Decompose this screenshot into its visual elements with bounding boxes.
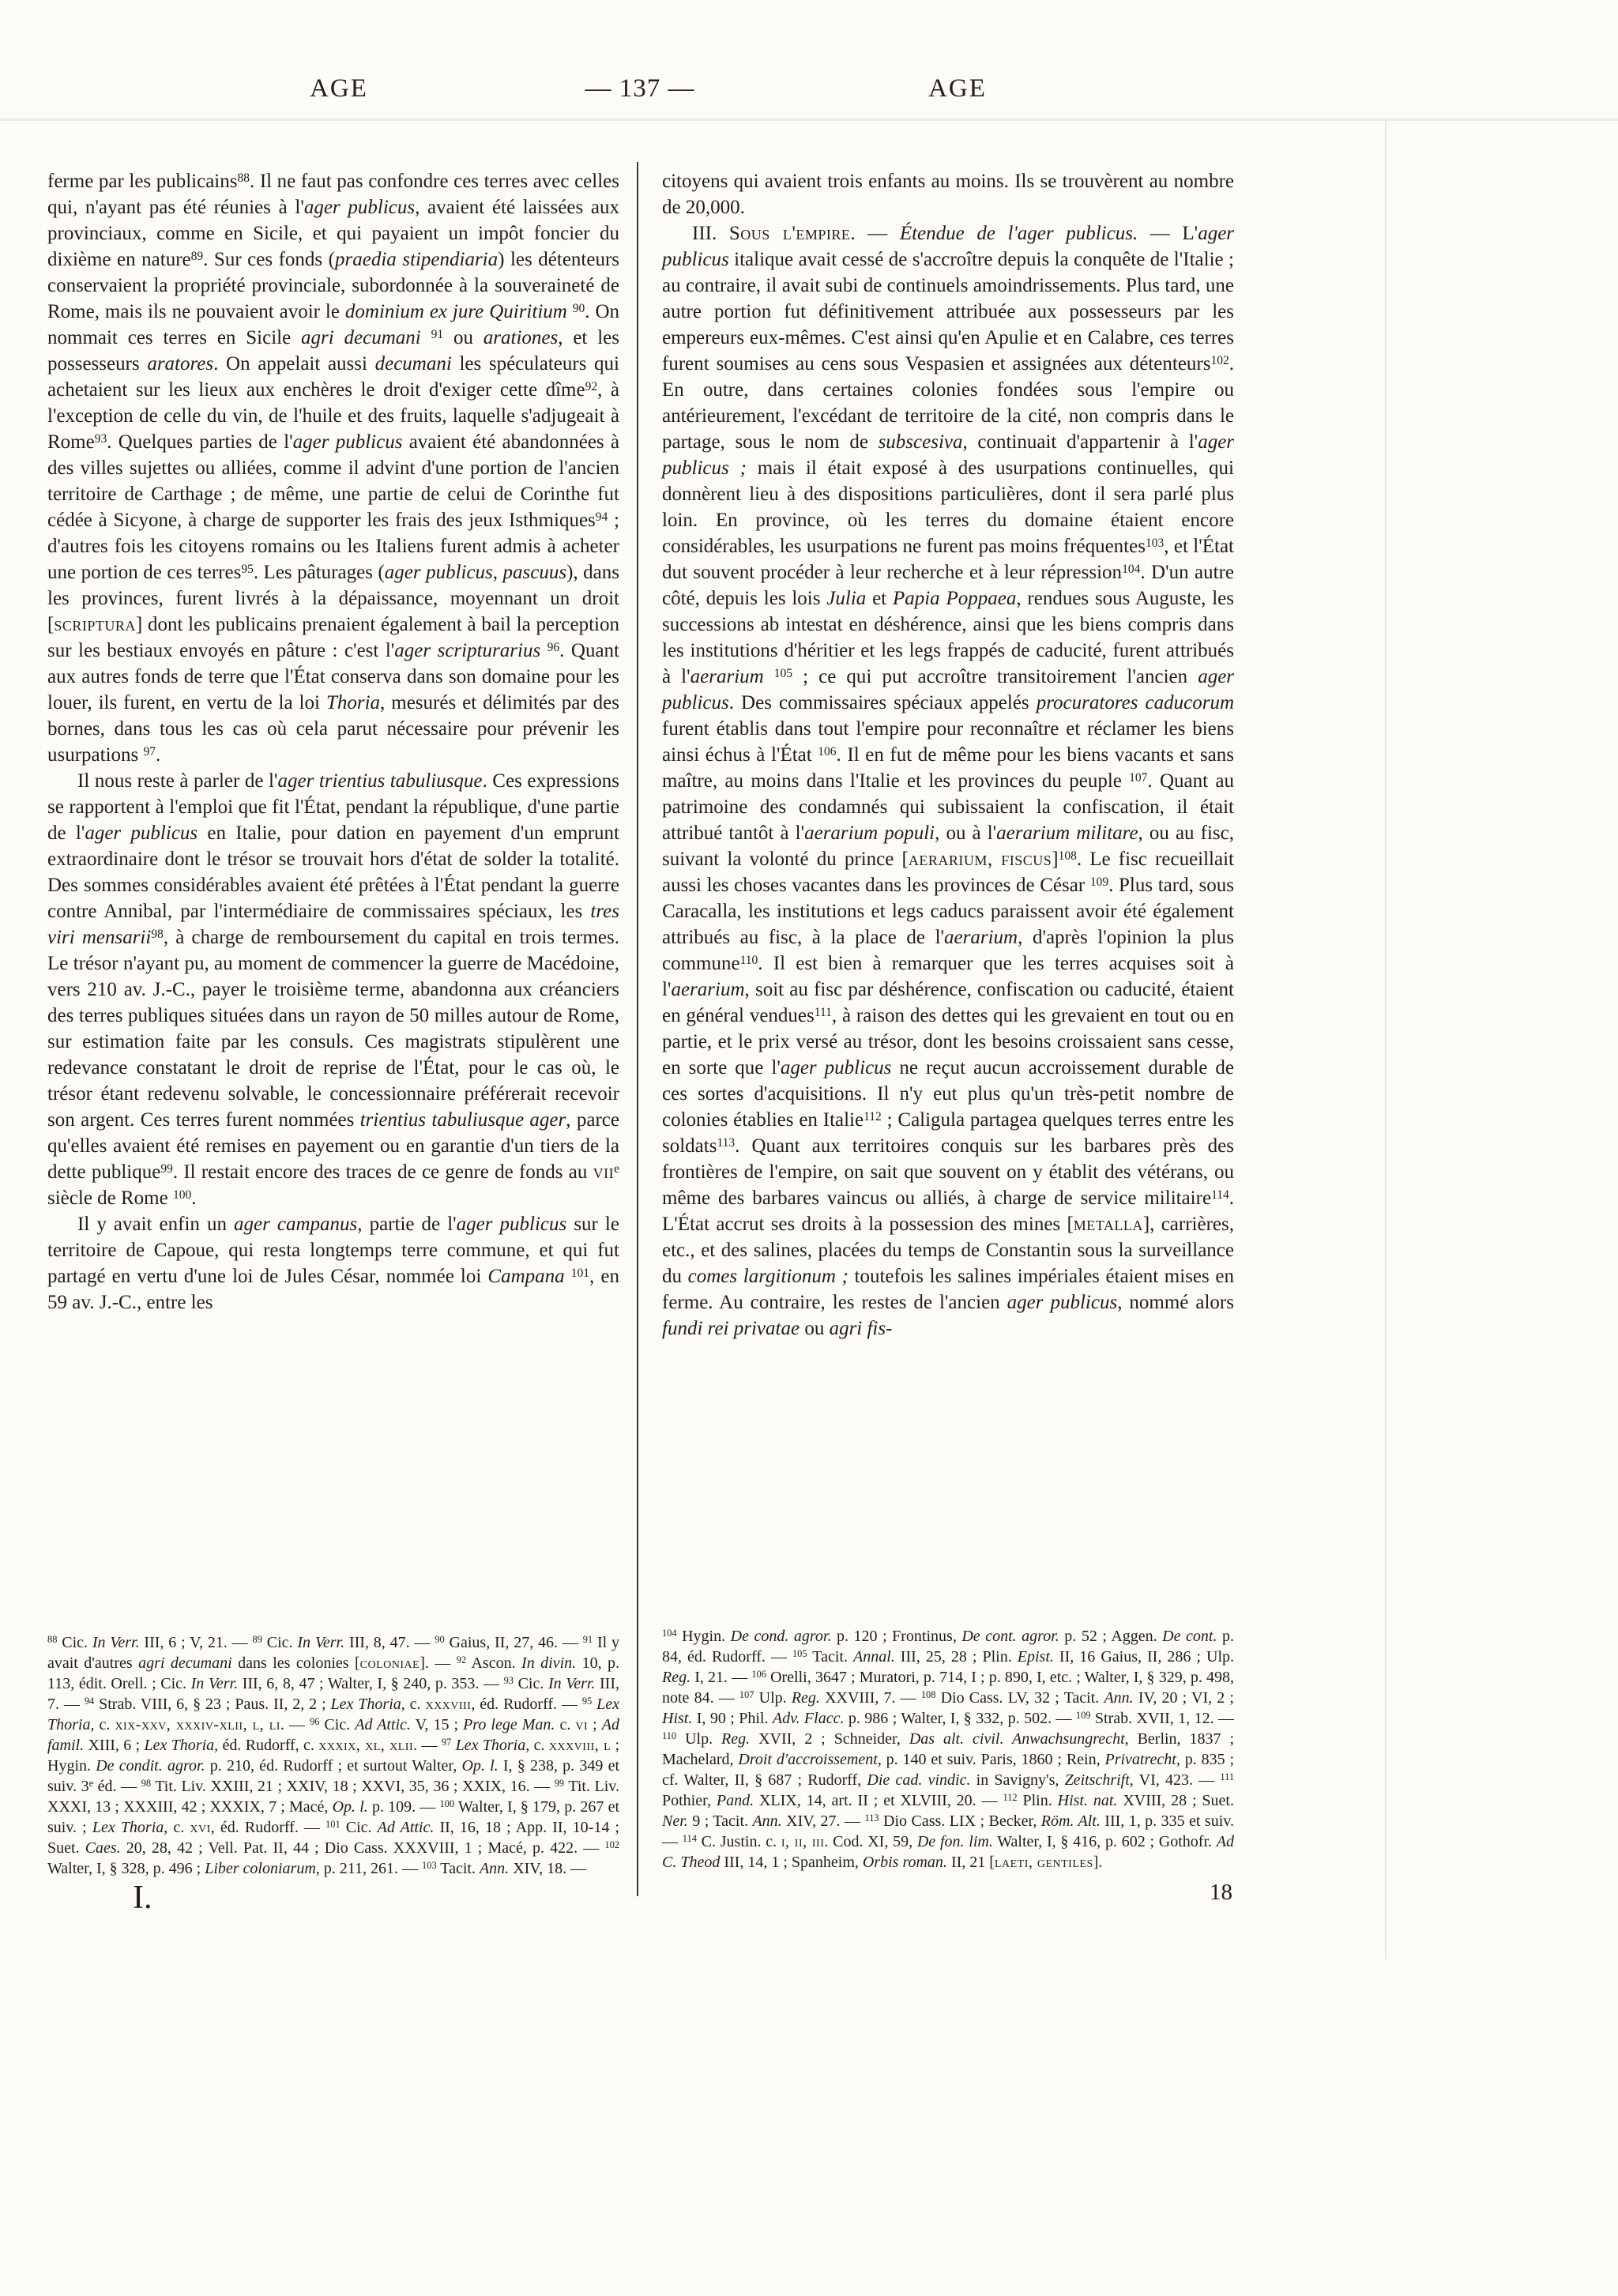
italic-term: Lex Thoria bbox=[331, 1696, 401, 1713]
footnote-reference: 90 bbox=[573, 302, 585, 315]
italic-term: Adv. Flacc. bbox=[773, 1710, 845, 1727]
footnote-reference: 98 bbox=[141, 1778, 151, 1789]
italic-term: De cont. bbox=[1162, 1628, 1217, 1645]
italic-term: Die cad. vindic. bbox=[867, 1771, 970, 1789]
small-caps-term: aerarium, fiscus bbox=[909, 849, 1052, 870]
italic-term: De cond. agror. bbox=[731, 1628, 832, 1645]
italic-term: In divin. bbox=[521, 1654, 576, 1672]
footnote-reference: 91 bbox=[583, 1634, 593, 1645]
italic-term: Caes. bbox=[85, 1839, 121, 1857]
italic-term: Thoria bbox=[326, 692, 380, 713]
footnote-block-right: 104 Hygin. De cond. agror. p. 120 ; Fron… bbox=[662, 1626, 1234, 1873]
footnote-reference: 108 bbox=[1059, 849, 1077, 863]
footnote-reference: 95 bbox=[241, 563, 254, 576]
italic-term: ager publicus bbox=[457, 1214, 567, 1235]
paragraph: ferme par les publicains88. Il ne faut p… bbox=[47, 168, 619, 768]
small-caps-term: xvi bbox=[190, 1819, 210, 1836]
footnote-reference: 103 bbox=[422, 1860, 437, 1871]
italic-term: arationes bbox=[484, 327, 558, 348]
italic-term: Privatrecht bbox=[1104, 1751, 1176, 1768]
italic-term: aratores bbox=[147, 353, 213, 375]
footnote-reference: 112 bbox=[864, 1110, 882, 1124]
italic-term: agri fis- bbox=[830, 1318, 893, 1339]
italic-term: Ann. bbox=[1104, 1689, 1133, 1707]
italic-term: Pand. bbox=[717, 1792, 754, 1809]
footnote-reference: e bbox=[614, 1162, 619, 1176]
scanned-dictionary-page: AGE — 137 — AGE ferme par les publicains… bbox=[0, 0, 1618, 2296]
italic-term: Op. l. bbox=[461, 1757, 498, 1775]
italic-term: ager publicus bbox=[293, 431, 403, 453]
italic-term: Hist. nat. bbox=[1058, 1792, 1118, 1809]
footnote-reference: 92 bbox=[585, 380, 598, 393]
italic-term: Ad Attic. bbox=[378, 1819, 435, 1836]
page-number: — 137 — bbox=[585, 74, 695, 104]
italic-term: aerarium bbox=[690, 666, 764, 687]
italic-term: agri decumani bbox=[138, 1654, 232, 1672]
footnote-reference: 111 bbox=[815, 1006, 832, 1019]
column-divider-rule bbox=[637, 162, 638, 1896]
italic-term: Liber coloniarum bbox=[205, 1860, 316, 1877]
small-caps-term: metalla bbox=[1074, 1214, 1143, 1235]
italic-term: Zeitschrift bbox=[1065, 1771, 1130, 1789]
footnote-reference: 104 bbox=[662, 1628, 677, 1639]
footnote-reference: 108 bbox=[921, 1689, 936, 1700]
footnote-reference: 96 bbox=[310, 1716, 319, 1727]
italic-term: Campana bbox=[487, 1266, 564, 1287]
italic-term: Étendue de l'ager publicus. bbox=[900, 223, 1138, 244]
footnote-reference: 92 bbox=[457, 1654, 466, 1666]
italic-term: Lex Thoria bbox=[92, 1819, 164, 1836]
italic-term: ager publicus bbox=[85, 822, 198, 844]
italic-term: subscesiva bbox=[879, 431, 963, 453]
footnote-reference: 113 bbox=[864, 1812, 879, 1824]
italic-term: Das alt. civil. Anwachsungrecht bbox=[909, 1730, 1125, 1748]
italic-term: ager campanus bbox=[234, 1214, 357, 1235]
footnote-reference: 112 bbox=[1003, 1792, 1017, 1803]
italic-term: tres viri mensarii bbox=[47, 901, 619, 948]
page-edge-shadow bbox=[1385, 119, 1387, 1959]
italic-term: De fon. lim. bbox=[917, 1833, 993, 1850]
footnote-reference: e bbox=[89, 1778, 94, 1789]
footnote-reference: 102 bbox=[1211, 354, 1229, 367]
italic-term: Lex Thoria bbox=[456, 1737, 526, 1754]
small-caps-term: laeti, gentiles bbox=[995, 1854, 1093, 1871]
footnote-reference: 114 bbox=[1211, 1188, 1229, 1202]
italic-term: praedia stipendiaria bbox=[335, 249, 498, 270]
footnotes-right: 104 Hygin. De cond. agror. p. 120 ; Fron… bbox=[662, 1626, 1234, 1903]
small-caps-term: i, ii, iii bbox=[781, 1833, 825, 1850]
running-head-left: AGE bbox=[310, 74, 368, 104]
italic-term: Hist. bbox=[662, 1710, 692, 1727]
footnote-reference: 97 bbox=[442, 1737, 451, 1748]
footnote-reference: 99 bbox=[160, 1162, 173, 1176]
footnote-reference: 95 bbox=[582, 1696, 592, 1707]
paragraph: citoyens qui avaient trois enfants au mo… bbox=[662, 168, 1234, 220]
small-caps-term: vii bbox=[593, 1161, 615, 1183]
footnote-reference: 107 bbox=[739, 1689, 754, 1700]
footnote-reference: 111 bbox=[1220, 1771, 1234, 1782]
italic-term: ager publicus bbox=[304, 197, 415, 218]
italic-term: agri decumani bbox=[301, 327, 421, 348]
italic-term: Droit d'accroissement bbox=[738, 1751, 877, 1768]
scan-artifact-line bbox=[0, 119, 1618, 121]
footnote-reference: 88 bbox=[237, 171, 250, 185]
footnote-reference: 94 bbox=[596, 510, 608, 524]
italic-term: ager publicus, pascuus bbox=[385, 562, 566, 583]
footnotes-left: 88 Cic. In Verr. III, 6 ; V, 21. — 89 Ci… bbox=[47, 1632, 619, 1915]
footnote-reference: 110 bbox=[740, 954, 758, 967]
volume-signature: I. bbox=[133, 1880, 619, 1915]
italic-term: In Verr. bbox=[297, 1634, 344, 1651]
text-column-left: ferme par les publicains88. Il ne faut p… bbox=[47, 168, 619, 1315]
italic-term: Orbis roman. bbox=[863, 1854, 947, 1871]
small-caps-term: xxxviii bbox=[425, 1696, 471, 1713]
footnote-reference: 100 bbox=[173, 1188, 191, 1202]
italic-term: ager scripturarius bbox=[394, 640, 540, 661]
footnote-reference: 107 bbox=[1129, 771, 1147, 785]
paragraph: III. Sous l'empire. — Étendue de l'ager … bbox=[662, 220, 1234, 1342]
italic-term: decumani bbox=[375, 353, 452, 375]
italic-term: aerarium bbox=[944, 927, 1018, 948]
footnote-reference: 114 bbox=[683, 1833, 697, 1844]
italic-term: Reg. bbox=[721, 1730, 750, 1748]
italic-term: In Verr. bbox=[92, 1634, 140, 1651]
footnote-reference: 103 bbox=[1146, 536, 1164, 550]
italic-term: ager trientius tabuliusque bbox=[278, 770, 483, 792]
small-caps-term: coloniae bbox=[360, 1654, 420, 1672]
italic-term: dominium ex jure Quiritium bbox=[345, 301, 567, 322]
footnote-reference: 89 bbox=[253, 1634, 262, 1645]
small-caps-term: xxxix, xl, xlii bbox=[318, 1737, 413, 1754]
footnote-block-left: 88 Cic. In Verr. III, 6 ; V, 21. — 89 Ci… bbox=[47, 1632, 619, 1879]
running-head-right: AGE bbox=[928, 74, 987, 104]
footnote-reference: 110 bbox=[662, 1730, 676, 1741]
italic-term: Ann. bbox=[752, 1812, 781, 1830]
text-column-right: citoyens qui avaient trois enfants au mo… bbox=[662, 168, 1234, 1342]
italic-term: In Verr. bbox=[191, 1675, 238, 1692]
italic-term: Papia Poppaea bbox=[893, 588, 1016, 609]
footnote-reference: 89 bbox=[191, 250, 204, 263]
small-caps-term: vi bbox=[575, 1716, 588, 1733]
footnote-reference: 106 bbox=[751, 1669, 766, 1680]
footnote-reference: 109 bbox=[1076, 1710, 1091, 1721]
footnote-reference: 88 bbox=[47, 1634, 57, 1645]
italic-term: aerarium bbox=[671, 979, 744, 1000]
italic-term: In Verr. bbox=[548, 1675, 595, 1692]
footnote-reference: 100 bbox=[439, 1798, 454, 1809]
italic-term: Ad Attic. bbox=[355, 1716, 411, 1733]
footnote-reference: 109 bbox=[1090, 875, 1108, 889]
italic-term: Röm. Alt. bbox=[1041, 1812, 1101, 1830]
italic-term: Epist. bbox=[1018, 1648, 1054, 1666]
paragraph: Il y avait enfin un ager campanus, parti… bbox=[47, 1211, 619, 1315]
italic-term: aerarium populi bbox=[804, 822, 935, 844]
italic-term: trientius tabuliusque ager bbox=[360, 1109, 566, 1131]
small-caps-term: xix-xxv, xxxiv-xlii, l, li bbox=[115, 1716, 280, 1733]
italic-term: Pro lege Man. bbox=[463, 1716, 555, 1733]
italic-term: Op. l. bbox=[333, 1798, 368, 1816]
italic-term: aerarium militare bbox=[996, 822, 1138, 844]
footnote-reference: 96 bbox=[547, 641, 560, 654]
footnote-reference: 105 bbox=[792, 1648, 807, 1659]
footnote-reference: 102 bbox=[604, 1839, 619, 1850]
footnote-reference: 94 bbox=[85, 1696, 94, 1707]
footnote-reference: 93 bbox=[95, 432, 107, 446]
gathering-signature: 18 bbox=[662, 1882, 1234, 1903]
italic-term: Reg. bbox=[662, 1669, 690, 1686]
footnote-reference: 101 bbox=[325, 1819, 341, 1830]
italic-term: Ann. bbox=[480, 1860, 509, 1877]
italic-term: De cont. agror. bbox=[961, 1628, 1059, 1645]
small-caps-term: Sous l'empire bbox=[729, 223, 851, 244]
footnote-reference: 106 bbox=[818, 745, 836, 758]
italic-term: ager publicus bbox=[1007, 1292, 1118, 1313]
italic-term: Annal. bbox=[853, 1648, 895, 1666]
footnote-reference: 113 bbox=[717, 1136, 735, 1150]
italic-term: comes largitionum ; bbox=[688, 1266, 849, 1287]
italic-term: Julia bbox=[826, 588, 866, 609]
italic-term: Lex Thoria bbox=[144, 1737, 214, 1754]
italic-term: Ner. bbox=[662, 1812, 688, 1830]
small-caps-term: scriptura bbox=[54, 614, 136, 635]
italic-term: Reg. bbox=[792, 1689, 820, 1707]
italic-term: ager publicus bbox=[781, 1057, 892, 1078]
footnote-reference: 99 bbox=[555, 1778, 564, 1789]
footnote-reference: 91 bbox=[431, 328, 444, 341]
footnote-reference: 98 bbox=[151, 928, 164, 941]
footnote-reference: 101 bbox=[571, 1267, 589, 1280]
footnote-reference: 105 bbox=[774, 667, 792, 680]
footnote-reference: 104 bbox=[1122, 563, 1140, 576]
footnote-reference: 90 bbox=[435, 1634, 444, 1645]
paragraph: Il nous reste à parler de l'ager trienti… bbox=[47, 768, 619, 1211]
footnote-reference: 97 bbox=[144, 745, 156, 758]
italic-term: fundi rei privatae bbox=[662, 1318, 800, 1339]
small-caps-term: xxxviii, l bbox=[549, 1737, 611, 1754]
footnote-reference: 93 bbox=[504, 1675, 514, 1686]
italic-term: De condit. agror. bbox=[96, 1757, 205, 1775]
italic-term: procuratores caducorum bbox=[1037, 692, 1234, 713]
